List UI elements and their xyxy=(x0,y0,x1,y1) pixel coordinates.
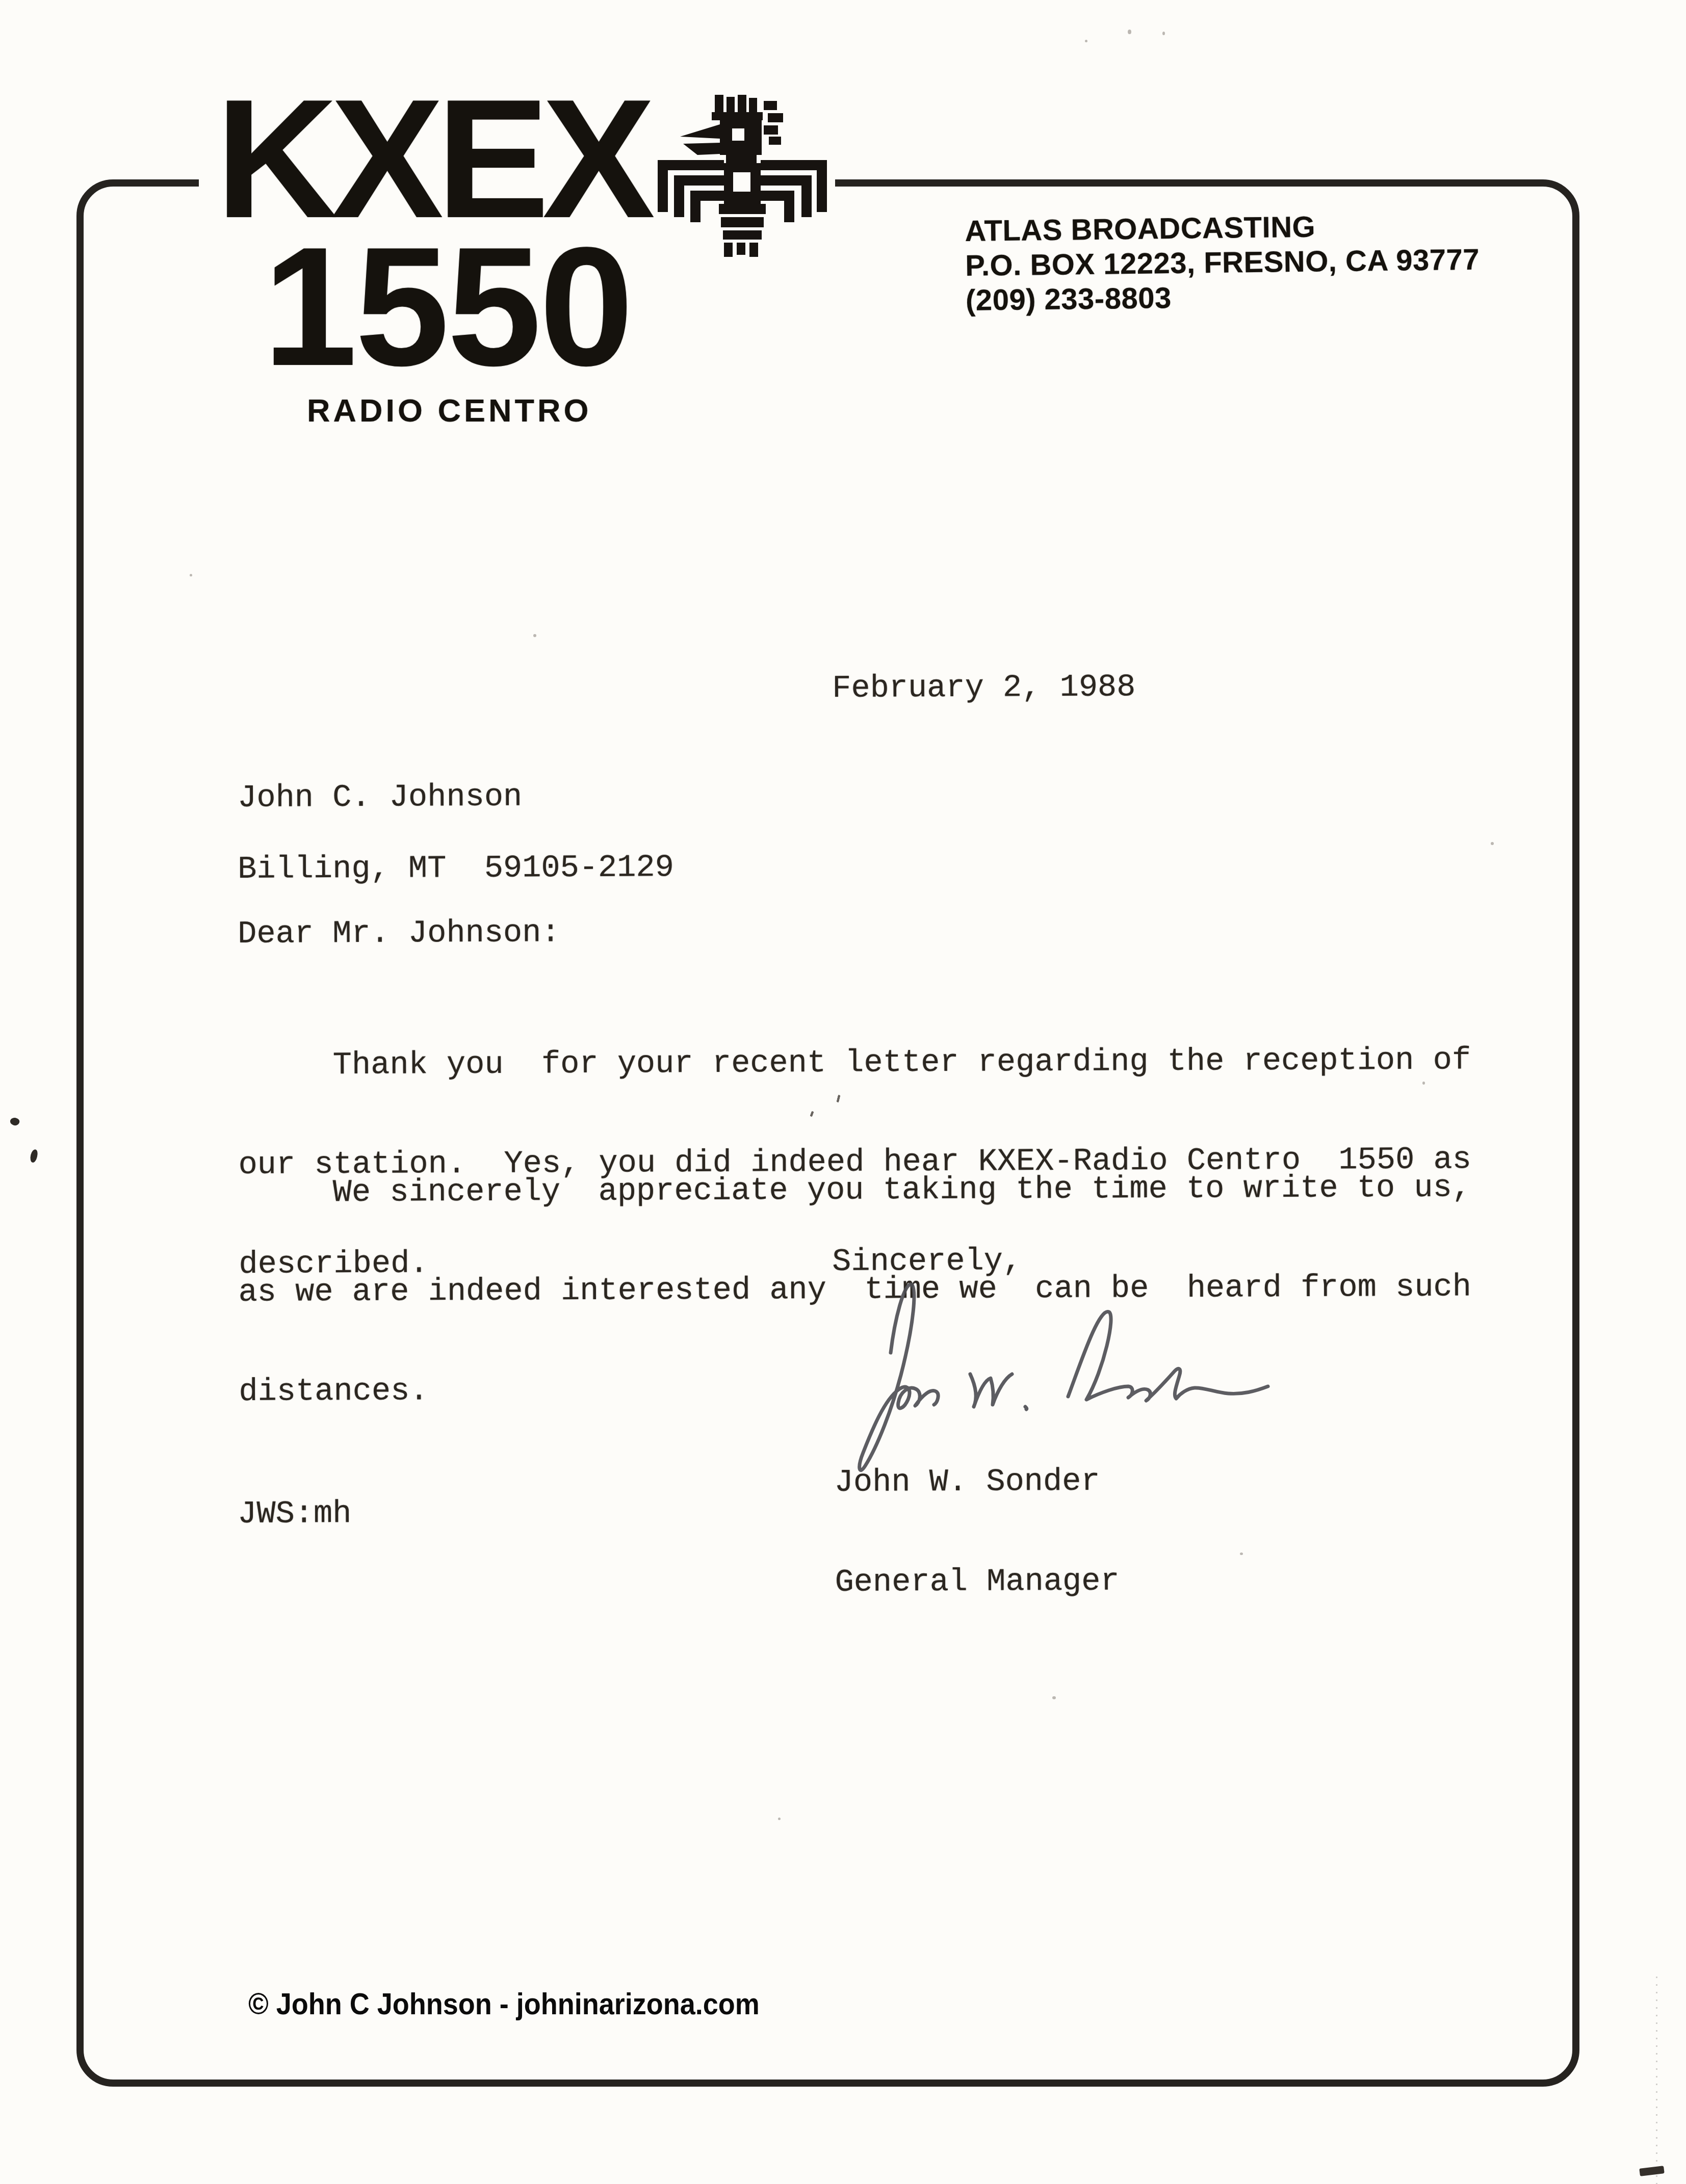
scan-speck xyxy=(1162,32,1165,35)
company-address-block: ATLAS BROADCASTING P.O. BOX 12223, FRESN… xyxy=(965,208,1480,318)
station-frequency-logo: 1550 xyxy=(263,222,632,391)
scan-speck xyxy=(1052,1696,1056,1699)
letter-scan-page: KXEX 1550 xyxy=(0,0,1686,2184)
scan-edge-artifact xyxy=(1656,1977,1657,2184)
company-address: P.O. BOX 12223, FRESNO, CA 93777 xyxy=(965,243,1480,283)
ink-blot xyxy=(9,1116,21,1127)
signer-typed-name: John W. Sonder xyxy=(835,1465,1119,1499)
reference-initials: JWS:mh xyxy=(238,1497,352,1531)
scan-speck xyxy=(1422,1082,1425,1085)
scan-speck xyxy=(778,1818,781,1820)
scan-speck xyxy=(1491,842,1494,845)
scan-speck xyxy=(1240,1553,1243,1555)
recipient-name: John C. Johnson xyxy=(238,780,522,814)
station-tagline: RADIO CENTRO xyxy=(307,392,592,429)
letter-date: February 2, 1988 xyxy=(832,670,1136,705)
signature-block: John W. Sonder General Manager xyxy=(834,1399,1120,1666)
aztec-thunderbird-icon xyxy=(656,95,829,263)
scan-speck xyxy=(393,1287,395,1290)
scan-speck xyxy=(1085,40,1087,42)
salutation: Dear Mr. Johnson: xyxy=(238,916,560,951)
scan-speck xyxy=(190,574,192,576)
scan-speck xyxy=(533,634,536,637)
copyright-watermark: © John C Johnson - johninarizona.com xyxy=(248,1986,760,2021)
scan-corner-mark xyxy=(1639,2166,1664,2176)
ink-blot xyxy=(29,1149,39,1163)
company-phone: (209) 233-8803 xyxy=(966,277,1481,318)
company-name: ATLAS BROADCASTING xyxy=(965,208,1480,249)
signer-title: General Manager xyxy=(835,1565,1119,1599)
body-line: We sincerely appreciate you taking the t… xyxy=(238,1171,1471,1209)
scan-speck xyxy=(1128,30,1131,34)
recipient-city-line: Billing, MT 59105-2129 xyxy=(238,851,674,886)
body-line: Thank you for your recent letter regardi… xyxy=(238,1043,1471,1082)
